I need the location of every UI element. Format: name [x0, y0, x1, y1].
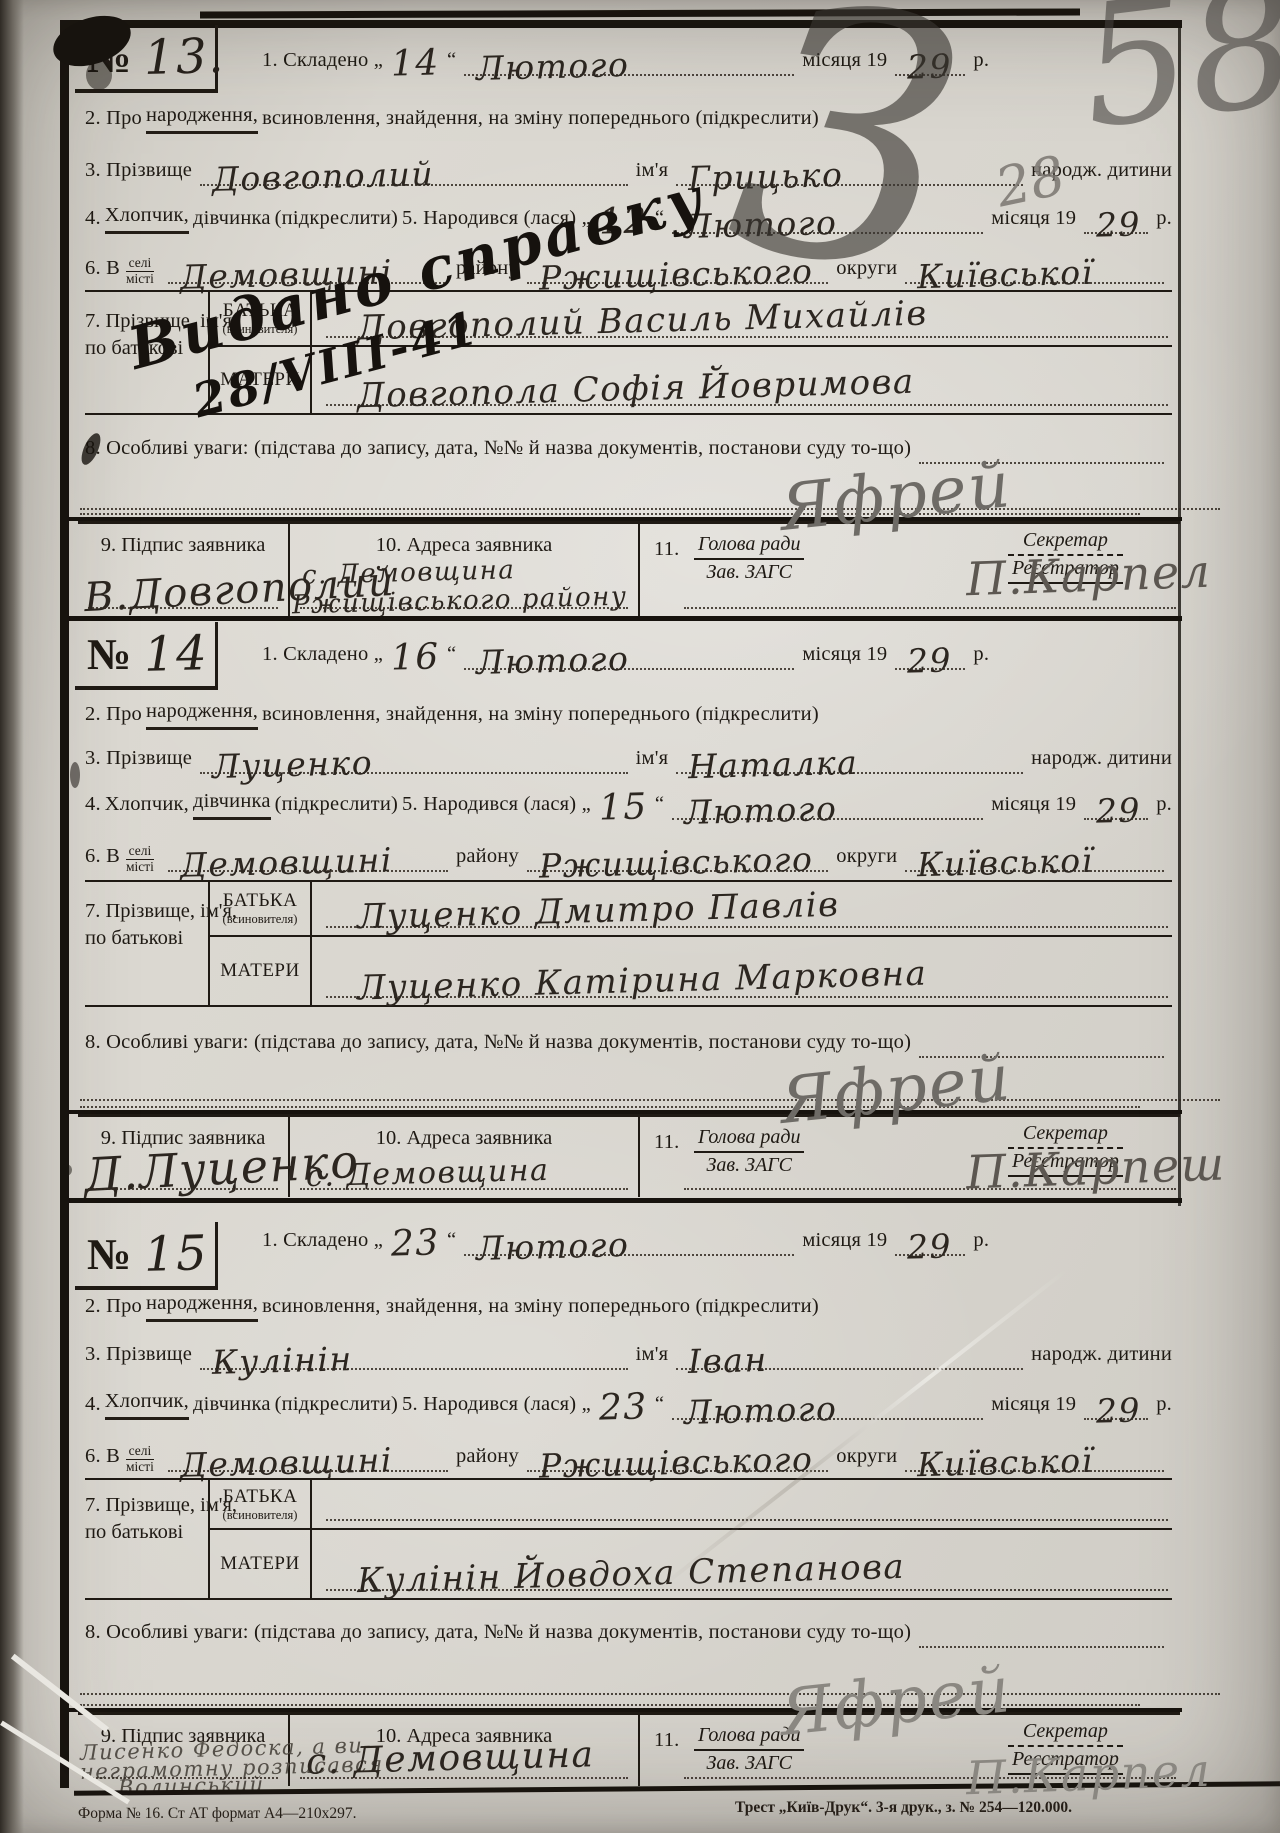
born-day-field: 15: [591, 793, 655, 820]
underline-note: (підкреслити): [275, 207, 398, 234]
village-value: Демовщині: [180, 1446, 394, 1480]
remarks-label: 8. Особливі уваги: (підстава до запису, …: [85, 437, 911, 464]
city-option: місті: [126, 272, 154, 287]
village-field: Демовщині: [168, 849, 448, 872]
born-year-field: 29: [1084, 1397, 1148, 1420]
applicant-signature-cell: 9. Підпис заявника Лисенко Федоска, а ви…: [78, 1715, 290, 1786]
okruha-field: Київської: [905, 1449, 1164, 1472]
parents-label-line2: по батькові: [85, 925, 208, 952]
event-type-row: 2. Про народження, всиновлення, знайденн…: [85, 104, 1172, 134]
form-footer-left: Форма № 16. Ст АТ формат А4—210x297.: [78, 1805, 357, 1823]
name-value: Іван: [688, 1346, 768, 1376]
surname-label: 3. Прізвище: [85, 159, 192, 186]
year-suffix: р.: [1156, 793, 1172, 820]
born-month-value: Лютого: [684, 1395, 838, 1427]
father-label: БАТЬКА: [223, 890, 298, 912]
born-day-value: 23: [598, 1393, 648, 1425]
surname-value: Кулінін: [212, 1345, 353, 1377]
surname-value: Довгополий: [212, 160, 435, 194]
composed-row: 1. Складено „ 23 “ Лютого місяця 19 29 р…: [262, 1212, 1172, 1256]
blank-dotted-line: [80, 1099, 1220, 1101]
quote-close: “: [447, 643, 456, 670]
quote-close: “: [447, 49, 456, 76]
in-label: 6. В: [85, 1445, 120, 1472]
month-19-label: місяця 19: [991, 793, 1076, 820]
remarks-row: 8. Особливі уваги: (підстава до запису, …: [85, 434, 1172, 464]
raion-field: Ржищівського: [527, 1449, 828, 1472]
event-type-rest: всиновлення, знайдення, на зміну поперед…: [262, 107, 819, 134]
scan-torn-edge: [0, 0, 24, 1833]
father-header-cell: БАТЬКА(всиновителя): [208, 882, 312, 937]
item11-label: 11.: [654, 1131, 679, 1154]
event-type-rest: всиновлення, знайдення, на зміну поперед…: [262, 1295, 819, 1322]
composed-row: 1. Складено „ 16 “ Лютого місяця 19 29 р…: [262, 626, 1172, 670]
girl-option: дівчинка: [193, 790, 271, 820]
name-field: Наталка: [676, 751, 1023, 774]
composed-month-value: Лютого: [476, 645, 630, 677]
boy-option: Хлопчик,: [105, 793, 189, 820]
year-suffix: р.: [1156, 207, 1172, 234]
applicant-address-value2: Ржищівського району: [292, 586, 628, 617]
name-label: ім'я: [636, 1343, 669, 1370]
composed-day-field: 23: [383, 1229, 447, 1256]
record-number-value: 13.: [144, 36, 226, 79]
head-signature: Яфрей: [778, 458, 1014, 536]
month-19-label: місяця 19: [802, 1229, 887, 1256]
secretary-label-line1: Секретар: [1008, 1719, 1123, 1747]
event-type-label: 2. Про: [85, 703, 142, 730]
secretary-signature: П.Карпел: [965, 1751, 1212, 1799]
remarks-label: 8. Особливі уваги: (підстава до запису, …: [85, 1031, 911, 1058]
composed-day-value: 23: [390, 1229, 440, 1261]
child-label: народж. дитини: [1031, 1343, 1172, 1370]
scan-stain: [86, 60, 112, 90]
applicant-address-label: 10. Адреса заявника: [290, 524, 638, 557]
born-year-value: 29: [1096, 1396, 1142, 1425]
quote-close: “: [655, 1393, 664, 1420]
surname-value: Луценко: [212, 749, 374, 781]
head-label-line2: Зав. ЗАГС: [694, 1153, 804, 1178]
head-label-line2: Зав. ЗАГС: [694, 1751, 804, 1776]
city-option: місті: [126, 1460, 154, 1475]
child-label: народж. дитини: [1031, 747, 1172, 774]
blank-dotted-line: [80, 1693, 1220, 1695]
event-type-rest: всиновлення, знайдення, на зміну поперед…: [262, 703, 819, 730]
parents-label: 7. Прізвище, ім'я,по батькові: [85, 882, 208, 1005]
item11-label: 11.: [654, 1729, 679, 1752]
officials-dotline: [684, 607, 1176, 609]
composed-day-field: 14: [383, 49, 447, 76]
item4-label: 4.: [85, 793, 101, 820]
scanned-registry-page: 3 58 28 № 13. 1. Складено „ 14 “ Лютого …: [0, 0, 1280, 1833]
name-label: ім'я: [636, 747, 669, 774]
okruha-value: Київської: [917, 847, 1094, 880]
born-label: 5. Народився (лася) „: [402, 793, 591, 820]
composed-label: 1. Складено „: [262, 643, 383, 670]
raion-value: Ржищівського: [539, 845, 814, 880]
composed-label: 1. Складено „: [262, 1229, 383, 1256]
adopter-label: (всиновителя): [223, 912, 298, 927]
address-dotline: [300, 607, 628, 609]
number-sign: №: [87, 1229, 130, 1280]
village-option: селі: [126, 256, 154, 272]
applicant-address-cell: 10. Адреса заявника с. Демовщина: [290, 1117, 640, 1197]
blank-dotted-line: [80, 508, 1220, 510]
remarks-row: 8. Особливі уваги: (підстава до запису, …: [85, 1028, 1172, 1058]
mother-label: МАТЕРИ: [220, 960, 299, 982]
sex-and-birth-row: 4. Хлопчик, дівчинка (підкреслити) 5. На…: [85, 1382, 1172, 1420]
event-type-label: 2. Про: [85, 107, 142, 134]
underline-note: (підкреслити): [275, 1393, 398, 1420]
underline-note: (підкреслити): [275, 793, 398, 820]
born-day-field: 23: [591, 1393, 655, 1420]
scan-speck: [60, 1164, 72, 1176]
officials-cell: 11. Голова радиЗав. ЗАГС Яфрей СекретарР…: [640, 524, 1180, 616]
mother-header-cell: МАТЕРИ: [208, 1530, 312, 1598]
record-number-value: 14: [144, 633, 209, 675]
year-suffix: р.: [973, 1229, 989, 1256]
village-city-fraction: селімісті: [126, 1444, 154, 1475]
officials-cell: 11. Голова радиЗав. ЗАГС Яфрей СекретарР…: [640, 1117, 1180, 1197]
frame-top-rule: [60, 20, 1182, 28]
in-label: 6. В: [85, 845, 120, 872]
born-label: 5. Народився (лася) „: [402, 1393, 591, 1420]
raion-field: Ржищівського: [527, 849, 828, 872]
number-sign: №: [87, 629, 130, 680]
applicant-signature-label: 9. Підпис заявника: [78, 524, 288, 557]
item4-label: 4.: [85, 207, 101, 234]
raion-value: Ржищівського: [539, 1445, 814, 1480]
officials-cell: 11. Голова радиЗав. ЗАГС Яфрей СекретарР…: [640, 1715, 1180, 1786]
composed-row: 1. Складено „ 14 “ Лютого місяця 19 29 р…: [262, 30, 1172, 76]
surname-field: Довгополий: [200, 163, 628, 186]
village-value: Демовщині: [180, 846, 394, 880]
born-day-value: 15: [598, 793, 648, 825]
okruha-label: округи: [836, 845, 897, 872]
boy-option: Хлопчик,: [105, 1390, 189, 1420]
applicant-address-label: 10. Адреса заявника: [290, 1117, 638, 1150]
pencil-annotation-number: 58: [1071, 0, 1280, 166]
quote-close: “: [655, 793, 664, 820]
born-year-field: 29: [1084, 797, 1148, 820]
okruha-value: Київської: [917, 1447, 1094, 1480]
parents-label-line2: по батькові: [85, 1519, 208, 1546]
address-dotline: [300, 1188, 628, 1190]
parents-section: 7. Прізвище, ім'я,по батькові БАТЬКА(вси…: [85, 880, 1172, 1007]
mother-label: МАТЕРИ: [220, 1553, 299, 1575]
in-label: 6. В: [85, 257, 120, 284]
parents-section: 7. Прізвище, ім'я,по батькові БАТЬКА(вси…: [85, 1478, 1172, 1600]
village-city-fraction: селімісті: [126, 256, 154, 287]
child-name-row: 3. Прізвище Кулінін ім'я Іван народж. ди…: [85, 1332, 1172, 1370]
composed-month-field: Лютого: [464, 53, 794, 76]
village-field: Демовщині: [168, 1449, 448, 1472]
event-type-underlined: народження,: [146, 104, 258, 134]
surname-label: 3. Прізвище: [85, 747, 192, 774]
composed-day-field: 16: [383, 643, 447, 670]
mother-header-cell: МАТЕРИ: [208, 937, 312, 1005]
signatures-row: 9. Підпис заявника Д.Луценко 10. Адреса …: [78, 1114, 1180, 1197]
signature-dotline: [88, 1777, 278, 1779]
year-suffix: р.: [973, 49, 989, 76]
record-number-box: № 14: [75, 622, 218, 690]
item11-label: 11.: [654, 538, 679, 561]
girl-option: дівчинка: [193, 207, 271, 234]
surname-field: Кулінін: [200, 1347, 628, 1370]
item4-label: 4.: [85, 1393, 101, 1420]
applicant-signature-cell: 9. Підпис заявника В.Довгополий: [78, 524, 290, 616]
scan-speck: [70, 762, 80, 788]
born-month-field: Лютого: [672, 797, 983, 820]
secretary-signature: П.Карпел: [965, 552, 1212, 600]
record-end-rule: [62, 616, 1182, 621]
remarks-field: [919, 1646, 1164, 1648]
child-name-row: 3. Прізвище Луценко ім'я Наталка народж.…: [85, 736, 1172, 774]
frame-left-rule: [60, 20, 69, 1788]
composed-year-value: 29: [907, 646, 953, 675]
raion-label: району: [456, 1445, 519, 1472]
name-value: Наталка: [688, 749, 859, 781]
remarks-label: 8. Особливі уваги: (підстава до запису, …: [85, 1621, 911, 1648]
born-year-field: 29: [1084, 211, 1148, 234]
applicant-address-value: с. Демовщина: [302, 559, 516, 587]
parents-label-line1: 7. Прізвище, ім'я,: [85, 1492, 208, 1519]
born-month-field: Лютого: [672, 1397, 983, 1420]
composed-month-value: Лютого: [476, 51, 630, 83]
remarks-row: 8. Особливі уваги: (підстава до запису, …: [85, 1618, 1172, 1648]
father-field: Луценко Дмитро Павлів: [312, 882, 1172, 937]
sex-and-birth-row: 4. Хлопчик, дівчинка (підкреслити) 5. На…: [85, 782, 1172, 820]
okruha-value: Київської: [917, 259, 1094, 292]
signature-dotline: [88, 607, 278, 609]
signatures-row: 9. Підпис заявника Лисенко Федоска, а ви…: [78, 1712, 1180, 1786]
record-end-rule: [62, 1198, 1182, 1203]
father-header-cell: БАТЬКА(всиновителя): [208, 1480, 312, 1530]
composed-month-field: Лютого: [464, 1233, 794, 1256]
okruha-field: Київської: [905, 849, 1164, 872]
applicant-address-value: с. Демовщина: [306, 1157, 550, 1189]
head-label-line2: Зав. ЗАГС: [694, 560, 804, 585]
born-year-value: 29: [1096, 796, 1142, 825]
month-19-label: місяця 19: [991, 1393, 1076, 1420]
parents-label: 7. Прізвище, ім'я,по батькові: [85, 1480, 208, 1598]
composed-year-field: 29: [895, 647, 965, 670]
place-row: 6. В селімісті Демовщині району Ржищівсь…: [85, 1436, 1172, 1472]
mother-field: Кулінін Йовдоха Степанова: [312, 1530, 1172, 1598]
head-signature: Яфрей: [778, 1663, 1014, 1741]
girl-option: дівчинка: [193, 1393, 271, 1420]
composed-month-field: Лютого: [464, 647, 794, 670]
year-suffix: р.: [1156, 1393, 1172, 1420]
secretary-signature: П.Карпеш: [965, 1144, 1226, 1192]
quote-close: “: [447, 1229, 456, 1256]
event-type-label: 2. Про: [85, 1295, 142, 1322]
parents-label-line1: 7. Прізвище, ім'я,: [85, 898, 208, 925]
composed-label: 1. Складено „: [262, 49, 383, 76]
father-label: БАТЬКА: [223, 1486, 298, 1508]
composed-month-value: Лютого: [476, 1231, 630, 1263]
head-signature: Яфрей: [778, 1051, 1014, 1129]
composed-year-value: 29: [907, 1232, 953, 1261]
event-type-row: 2. Про народження, всиновлення, знайденн…: [85, 700, 1172, 730]
year-suffix: р.: [973, 643, 989, 670]
mother-field: Луценко Катірина Марковна: [312, 937, 1172, 1005]
born-month-value: Лютого: [684, 795, 838, 827]
boy-option: Хлопчик,: [105, 204, 189, 234]
applicant-address-cell: 10. Адреса заявника с. Демовщина Ржищівс…: [290, 524, 640, 616]
applicant-address-value: с. Демовщина: [306, 1741, 595, 1779]
name-field: Іван: [676, 1347, 1023, 1370]
adopter-label: (всиновителя): [223, 1508, 298, 1523]
okruha-label: округи: [836, 1445, 897, 1472]
applicant-address-cell: 10. Адреса заявника с. Демовщина: [290, 1715, 640, 1786]
surname-field: Луценко: [200, 751, 628, 774]
born-year-value: 29: [1096, 210, 1142, 239]
record-number-box: № 15: [75, 1222, 218, 1290]
event-type-underlined: народження,: [146, 700, 258, 730]
applicant-signature-cell: 9. Підпис заявника Д.Луценко: [78, 1117, 290, 1197]
signature-dotline: [88, 1188, 278, 1190]
composed-day-value: 14: [390, 49, 440, 81]
village-option: селі: [126, 844, 154, 860]
village-option: селі: [126, 1444, 154, 1460]
signatures-row: 9. Підпис заявника В.Довгополий 10. Адре…: [78, 521, 1180, 616]
raion-label: району: [456, 845, 519, 872]
composed-day-value: 16: [390, 643, 440, 675]
event-type-underlined: народження,: [146, 1292, 258, 1322]
village-city-fraction: селімісті: [126, 844, 154, 875]
okruha-field: Київської: [905, 261, 1164, 284]
address-dotline: [300, 1777, 628, 1779]
composed-year-field: 29: [895, 1233, 965, 1256]
place-row: 6. В селімісті Демовщині району Ржищівсь…: [85, 836, 1172, 872]
record-number-value: 15: [144, 1233, 209, 1275]
city-option: місті: [126, 860, 154, 875]
surname-label: 3. Прізвище: [85, 1343, 192, 1370]
father-value: Луценко Дмитро Павлів: [357, 891, 840, 933]
month-19-label: місяця 19: [802, 643, 887, 670]
